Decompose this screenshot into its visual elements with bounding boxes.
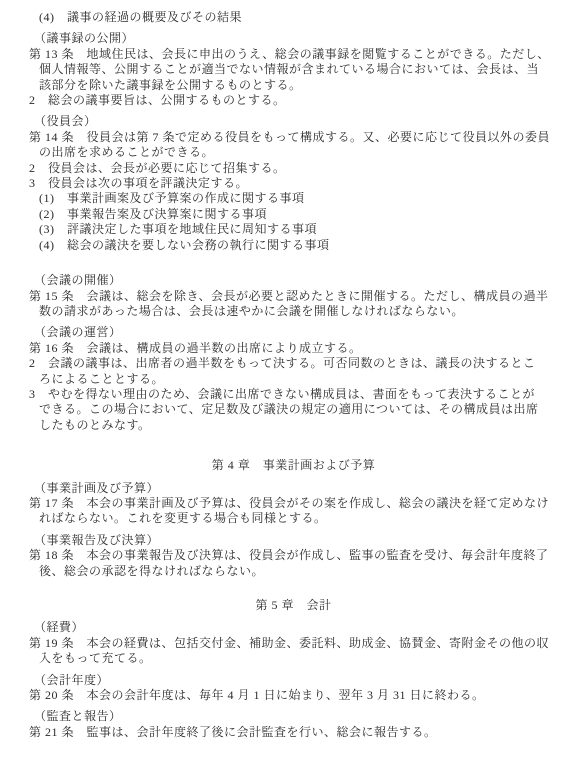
article-line: 第 21 条 監事は、会計年度終了後に会計監査を行い、総会に報告する。 bbox=[29, 725, 587, 740]
article-line: 第 16 条 会議は、構成員の過半数の出席により成立する。 bbox=[29, 341, 587, 356]
section-label: （会計年度） bbox=[34, 673, 587, 688]
article-line: 第 19 条 本会の経費は、包括交付金、補助金、委託料、助成金、協賛金、寄附金そ… bbox=[29, 636, 587, 651]
section-label: （会議の開催） bbox=[34, 273, 587, 288]
article-continuation-line: ろによることとする。 bbox=[39, 372, 587, 387]
article-line: 第 18 条 本会の事業報告及び決算は、役員会が作成し、監事の監査を受け、毎会計… bbox=[29, 548, 587, 563]
article-continuation-line: の出席を求めることができる。 bbox=[39, 145, 587, 160]
list-item-line: (4) 総会の議決を要しない会務の執行に関する事項 bbox=[39, 238, 587, 253]
document-page: (4) 議事の経過の概要及びその結果 （議事録の公開） 第 13 条 地域住民は… bbox=[0, 0, 587, 763]
section-label: （事業計画及び予算） bbox=[34, 481, 587, 496]
article-line: 第 17 条 本会の事業計画及び予算は、役員会がその案を作成し、総会の議決を経て… bbox=[29, 496, 587, 511]
section-label: （監査と報告） bbox=[34, 709, 587, 724]
article-continuation-line: 後、総会の承認を得なければならない。 bbox=[39, 564, 587, 579]
section-label: （経費） bbox=[34, 620, 587, 635]
article-continuation-line: したものとみなす。 bbox=[39, 418, 587, 433]
list-item-line: (4) 議事の経過の概要及びその結果 bbox=[39, 10, 587, 25]
article-continuation-line: 数の請求があった場合は、会長は速やかに会議を開催しなければならない。 bbox=[39, 304, 587, 319]
list-item-line: (2) 事業報告案及び決算案に関する事項 bbox=[39, 207, 587, 222]
article-line: 第 20 条 本会の会計年度は、毎年 4 月 1 日に始まり、翌年 3 月 31… bbox=[29, 688, 587, 703]
section-label: （役員会） bbox=[34, 114, 587, 129]
article-line: 第 14 条 役員会は第 7 条で定める役員をもって構成する。又、必要に応じて役… bbox=[29, 130, 587, 145]
article-continuation-line: 該部分を除いた議事録を公開するものとする。 bbox=[39, 78, 587, 93]
chapter-heading: 第 5 章 会計 bbox=[0, 598, 587, 613]
section-label: （会議の運営） bbox=[34, 325, 587, 340]
article-continuation-line: ればならない。これを変更する場合も同様とする。 bbox=[39, 511, 587, 526]
article-line: 第 15 条 会議は、総会を除き、会長が必要と認めたときに開催する。ただし、構成… bbox=[29, 289, 587, 304]
list-item-line: (3) 評議決定した事項を地域住民に周知する事項 bbox=[39, 222, 587, 237]
section-label: （事業報告及び決算） bbox=[34, 533, 587, 548]
article-continuation-line: 個人情報等、公開することが適当でない情報が含まれている場合においては、会長は、当 bbox=[39, 62, 587, 77]
list-item-line: (1) 事業計画案及び予算案の作成に関する事項 bbox=[39, 191, 587, 206]
paragraph-line: 3 やむを得ない理由のため、会議に出席できない構成員は、書面をもって表決すること… bbox=[29, 387, 587, 402]
paragraph-line: 2 役員会は、会長が必要に応じて招集する。 bbox=[29, 161, 587, 176]
chapter-heading: 第 4 章 事業計画および予算 bbox=[0, 458, 587, 473]
paragraph-line: 3 役員会は次の事項を評議決定する。 bbox=[29, 176, 587, 191]
article-continuation-line: できる。この場合において、定足数及び議決の規定の適用については、その構成員は出席 bbox=[39, 402, 587, 417]
section-label: （議事録の公開） bbox=[34, 31, 587, 46]
paragraph-line: 2 総会の議事要旨は、公開するものとする。 bbox=[29, 93, 587, 108]
article-continuation-line: 入をもって充てる。 bbox=[39, 651, 587, 666]
article-line: 第 13 条 地域住民は、会長に申出のうえ、総会の議事録を閲覧することができる。… bbox=[29, 47, 587, 62]
paragraph-line: 2 会議の議事は、出席者の過半数をもって決する。可否同数のときは、議長の決すると… bbox=[29, 356, 587, 371]
